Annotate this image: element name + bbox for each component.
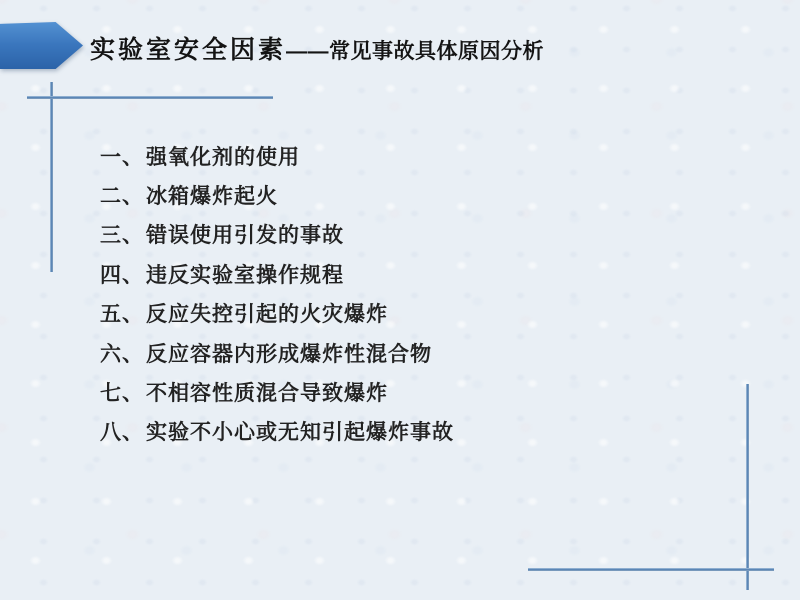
list-item-number: 四、 xyxy=(100,259,146,289)
list-item-number: 七、 xyxy=(100,377,146,407)
page-title-main: 实验室安全因素 xyxy=(90,36,286,64)
list-item: 七、 不相容性质混合导致爆炸 xyxy=(100,372,454,411)
list-item: 六、 反应容器内形成爆炸性混合物 xyxy=(100,333,454,372)
decorative-line-top-left-vertical xyxy=(50,82,53,272)
list-item-number: 二、 xyxy=(100,180,146,210)
decorative-line-top-left-horizontal xyxy=(27,96,273,99)
list-item-text: 错误使用引发的事故 xyxy=(146,219,344,249)
list-item-text: 反应失控引起的火灾爆炸 xyxy=(146,298,388,328)
decorative-line-bottom-right-horizontal xyxy=(528,568,774,571)
list-item: 二、 冰箱爆炸起火 xyxy=(100,175,454,214)
list-item-number: 八、 xyxy=(100,416,146,446)
list-item-number: 六、 xyxy=(100,338,146,368)
list-item-text: 不相容性质混合导致爆炸 xyxy=(146,377,388,407)
list-item-text: 违反实验室操作规程 xyxy=(146,259,344,289)
list-item-text: 冰箱爆炸起火 xyxy=(146,180,278,210)
list-item: 五、 反应失控引起的火灾爆炸 xyxy=(100,294,454,333)
list-item-number: 一、 xyxy=(100,141,146,171)
list-item: 一、 强氧化剂的使用 xyxy=(100,136,454,175)
list-item-text: 实验不小心或无知引起爆炸事故 xyxy=(146,416,454,446)
list-item-text: 反应容器内形成爆炸性混合物 xyxy=(146,338,432,368)
decorative-line-bottom-right-vertical xyxy=(746,384,749,590)
page-title-sub: ——常见事故具体原因分析 xyxy=(286,40,544,63)
title-arrow-wrap xyxy=(0,22,83,69)
list-item-number: 三、 xyxy=(100,219,146,249)
slide-background: 实验室安全因素——常见事故具体原因分析 一、 强氧化剂的使用 二、 冰箱爆炸起火… xyxy=(0,0,800,600)
page-title: 实验室安全因素——常见事故具体原因分析 xyxy=(90,30,544,65)
list-item-text: 强氧化剂的使用 xyxy=(146,141,300,171)
list-item-number: 五、 xyxy=(100,298,146,328)
cause-list: 一、 强氧化剂的使用 二、 冰箱爆炸起火 三、 错误使用引发的事故 四、 违反实… xyxy=(100,136,454,451)
list-item: 四、 违反实验室操作规程 xyxy=(100,254,454,293)
right-arrow-icon xyxy=(0,22,83,69)
list-item: 三、 错误使用引发的事故 xyxy=(100,215,454,254)
list-item: 八、 实验不小心或无知引起爆炸事故 xyxy=(100,412,454,451)
